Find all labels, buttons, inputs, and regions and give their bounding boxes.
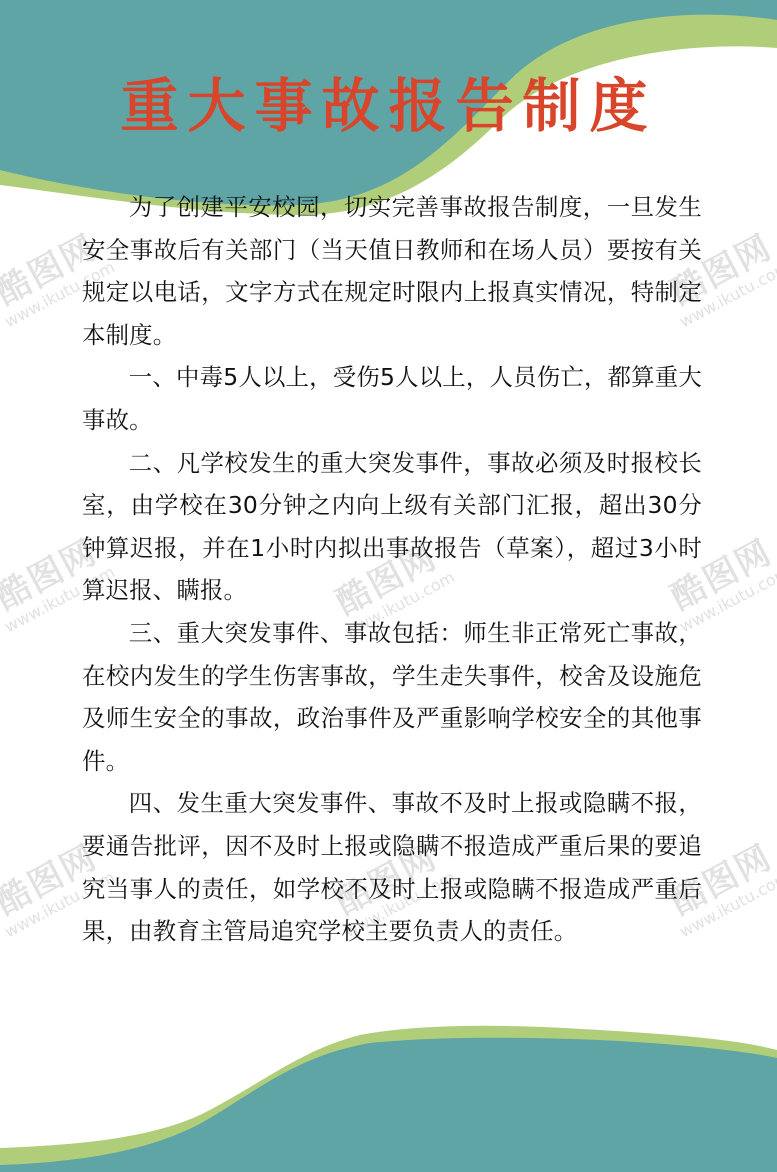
rule-paragraph-2: 二、凡学校发生的重大突发事件，事故必须及时报校长室，由学校在30分钟之内向上级有…	[82, 442, 702, 612]
rule-paragraph-4: 四、发生重大突发事件、事故不及时上报或隐瞒不报，要通告批评，因不及时上报或隐瞒不…	[82, 782, 702, 952]
intro-paragraph: 为了创建平安校园，切实完善事故报告制度，一旦发生安全事故后有关部门（当天值日教师…	[82, 186, 702, 356]
poster-body: 为了创建平安校园，切实完善事故报告制度，一旦发生安全事故后有关部门（当天值日教师…	[82, 186, 702, 953]
rule-paragraph-1: 一、中毒5人以上，受伤5人以上，人员伤亡，都算重大事故。	[82, 356, 702, 441]
rule-paragraph-3: 三、重大突发事件、事故包括：师生非正常死亡事故，在校内发生的学生伤害事故，学生走…	[82, 612, 702, 782]
poster-title: 重大事故报告制度	[0, 66, 777, 146]
